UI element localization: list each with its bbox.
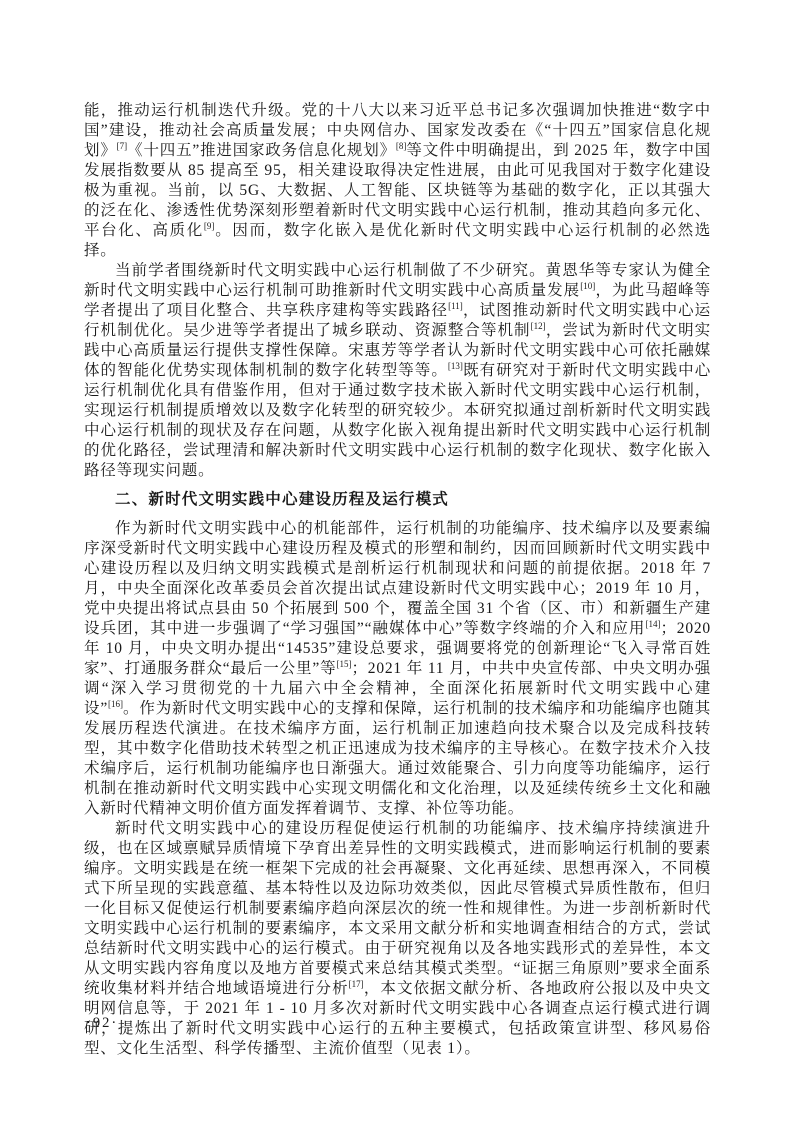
citation-marker: [11]: [448, 301, 463, 311]
citation-marker: [14]: [645, 619, 660, 629]
page-number: ·92·: [86, 1015, 118, 1032]
citation-marker: [7]: [117, 141, 128, 151]
paragraph: 新时代文明实践中心的建设历程促使运行机制的功能编序、技术编序持续演进升级，也在区…: [84, 819, 711, 1059]
paragraph: 当前学者围绕新时代文明实践中心运行机制做了不少研究。黄恩华等专家认为健全新时代文…: [84, 261, 711, 481]
citation-marker: [17]: [349, 979, 364, 989]
paragraph: 能，推动运行机制迭代升级。党的十八大以来习近平总书记多次强调加快推进“数字中国”…: [84, 101, 711, 261]
citation-marker: [12]: [531, 321, 546, 331]
citation-marker: [13]: [448, 361, 463, 371]
paper-page: 能，推动运行机制迭代升级。党的十八大以来习近平总书记多次强调加快推进“数字中国”…: [0, 0, 793, 1122]
citation-marker: [15]: [336, 659, 351, 669]
citation-marker: [16]: [108, 699, 123, 709]
paragraph: 作为新时代文明实践中心的机能部件，运行机制的功能编序、技术编序以及要素编序深受新…: [84, 519, 711, 819]
citation-marker: [8]: [396, 141, 407, 151]
article-body: 能，推动运行机制迭代升级。党的十八大以来习近平总书记多次强调加快推进“数字中国”…: [84, 101, 711, 1059]
citation-marker: [10]: [580, 281, 595, 291]
citation-marker: [9]: [204, 221, 215, 231]
section-heading: 二、新时代文明实践中心建设历程及运行模式: [84, 489, 711, 511]
